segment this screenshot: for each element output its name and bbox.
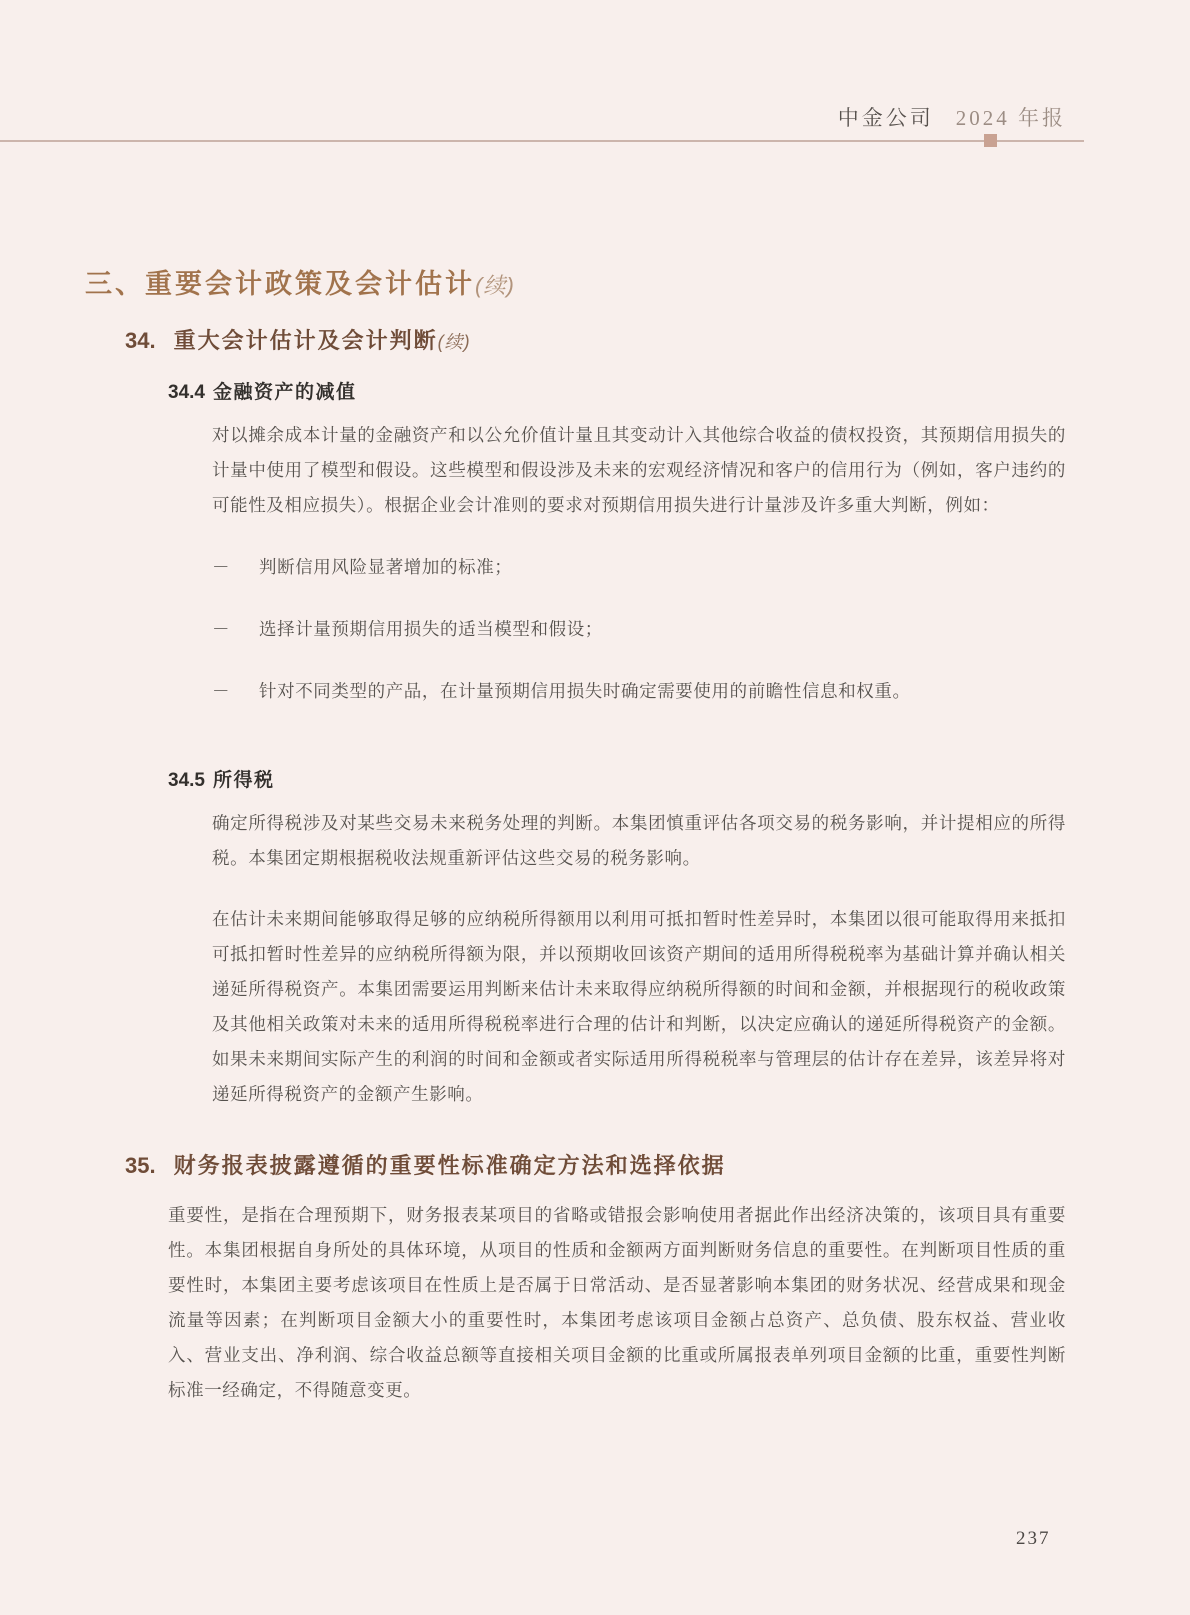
section-34-5-heading: 34.5所得税 <box>168 765 1190 792</box>
section-3-title: 三、重要会计政策及会计估计 <box>85 269 475 299</box>
report-page: 中金公司2024 年报 三、重要会计政策及会计估计(续) 34.重大会计估计及会… <box>0 0 1190 1615</box>
section-34-5-paragraph-1: 确定所得税涉及对某些交易未来税务处理的判断。本集团慎重评估各项交易的税务影响，并… <box>212 806 1066 876</box>
section-34-5-paragraph-2: 在估计未来期间能够取得足够的应纳税所得额用以利用可抵扣暂时性差异时，本集团以很可… <box>212 902 1066 1112</box>
list-item-text: 判断信用风险显著增加的标准； <box>259 550 512 585</box>
section-34-title: 重大会计估计及会计判断 <box>174 328 438 353</box>
section-35-paragraph: 重要性，是指在合理预期下，财务报表某项目的省略或错报会影响使用者据此作出经济决策… <box>168 1198 1066 1408</box>
section-34-5-title: 所得税 <box>213 770 275 791</box>
section-34-4-bullet-list: －判断信用风险显著增加的标准； －选择计量预期信用损失的适当模型和假设； －针对… <box>212 550 1066 709</box>
list-item: －选择计量预期信用损失的适当模型和假设； <box>212 612 1066 647</box>
list-item-text: 选择计量预期信用损失的适当模型和假设； <box>259 612 603 647</box>
dash-bullet: － <box>212 674 259 709</box>
section-35-number: 35. <box>125 1153 156 1178</box>
dash-bullet: － <box>212 550 259 585</box>
section-3-continued-marker: (续) <box>475 273 515 298</box>
section-34-4-heading: 34.4金融资产的减值 <box>168 377 1190 404</box>
list-item: －针对不同类型的产品，在计量预期信用损失时确定需要使用的前瞻性信息和权重。 <box>212 674 1066 709</box>
section-34-4-number: 34.4 <box>168 382 205 403</box>
list-item-text: 针对不同类型的产品，在计量预期信用损失时确定需要使用的前瞻性信息和权重。 <box>259 674 911 709</box>
section-34-4-title: 金融资产的减值 <box>213 382 357 403</box>
section-3-heading: 三、重要会计政策及会计估计(续) <box>85 262 1190 301</box>
section-34-4-paragraph: 对以摊余成本计量的金融资产和以公允价值计量且其变动计入其他综合收益的债权投资，其… <box>212 418 1066 523</box>
section-35-title: 财务报表披露遵循的重要性标准确定方法和选择依据 <box>174 1153 726 1178</box>
section-35-heading: 35.财务报表披露遵循的重要性标准确定方法和选择依据 <box>125 1149 1190 1180</box>
section-34-heading: 34.重大会计估计及会计判断(续) <box>125 324 1190 355</box>
dash-bullet: － <box>212 612 259 647</box>
section-34-continued-marker: (续) <box>438 332 471 352</box>
document-body: 三、重要会计政策及会计估计(续) 34.重大会计估计及会计判断(续) 34.4金… <box>0 0 1190 1408</box>
section-34-5-number: 34.5 <box>168 770 205 791</box>
section-34-number: 34. <box>125 328 156 353</box>
page-number: 237 <box>1016 1528 1051 1550</box>
list-item: －判断信用风险显著增加的标准； <box>212 550 1066 585</box>
